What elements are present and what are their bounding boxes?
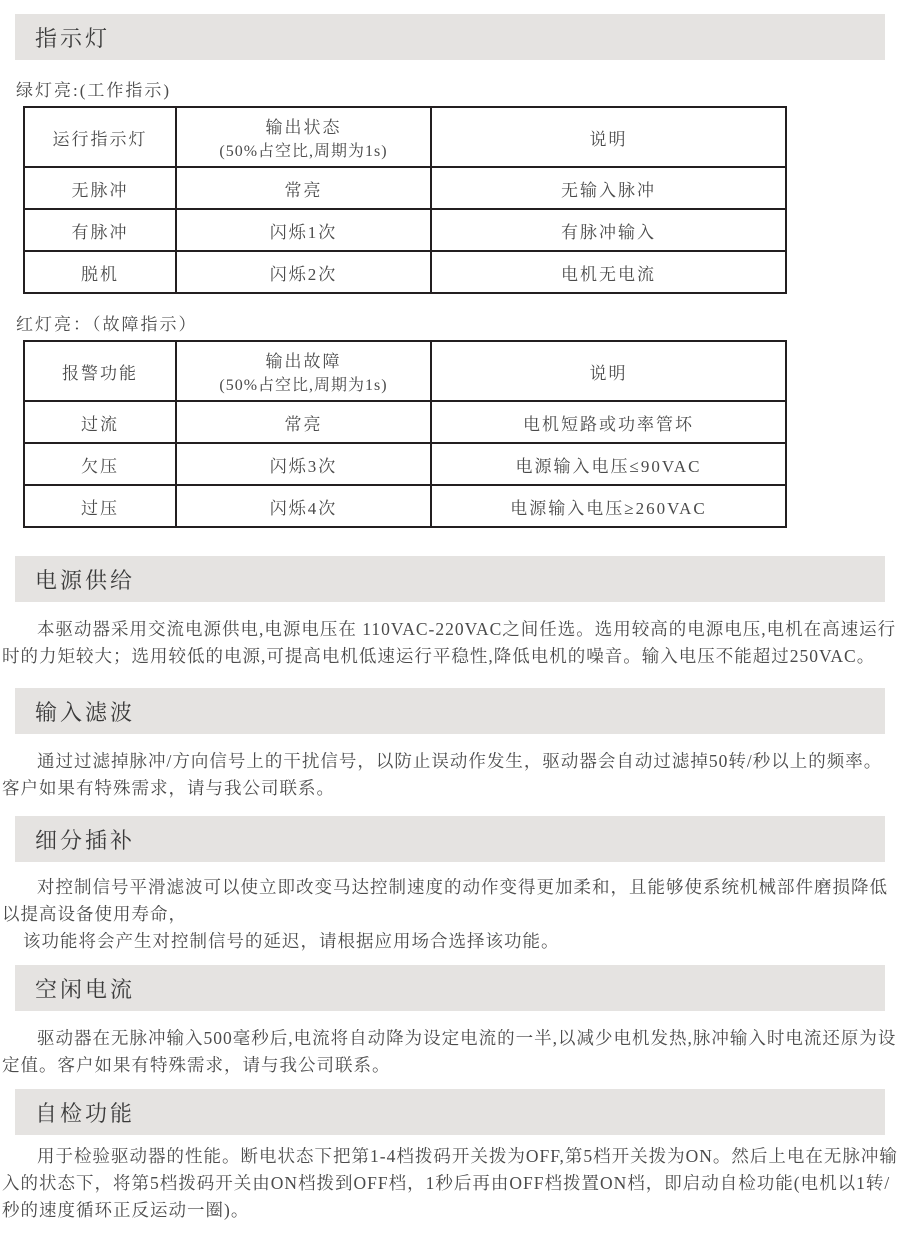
header-line1: 输出状态 [266,118,342,137]
table-row: 无脉冲 常亮 无输入脉冲 [24,167,786,209]
interpolation-paragraph-2: 该功能将会产生对控制信号的延迟，请根据应用场合选择该功能。 [2,928,898,955]
section-header-self-test: 自检功能 [15,1089,885,1135]
idle-current-paragraph: 驱动器在无脉冲输入500毫秒后,电流将自动降为设定电流的一半,以减少电机发热,脉… [2,1025,898,1079]
green-light-table: 运行指示灯 输出状态 (50%占空比,周期为1s) 说明 无脉冲 常亮 无输入脉… [23,106,787,294]
table-row: 有脉冲 闪烁1次 有脉冲输入 [24,209,786,251]
self-test-paragraph: 用于检验驱动器的性能。断电状态下把第1-4档拨码开关拨为OFF,第5档开关拨为O… [2,1143,898,1224]
table-header-cell: 输出状态 (50%占空比,周期为1s) [176,107,431,167]
table-row: 过压 闪烁4次 电源输入电压≥260VAC [24,485,786,527]
table-row: 脱机 闪烁2次 电机无电流 [24,251,786,293]
table-cell: 常亮 [176,401,431,443]
section-header-input-filter: 输入滤波 [15,688,885,734]
table-cell: 过流 [24,401,176,443]
section-title: 空闲电流 [35,973,135,1004]
table-header-row: 运行指示灯 输出状态 (50%占空比,周期为1s) 说明 [24,107,786,167]
input-filter-paragraph: 通过过滤掉脉冲/方向信号上的干扰信号，以防止误动作发生，驱动器会自动过滤掉50转… [2,748,898,802]
table-cell: 有脉冲 [24,209,176,251]
spacer [0,1079,900,1089]
section-title: 电源供给 [35,564,135,595]
section-title: 指示灯 [35,22,110,53]
table-header-row: 报警功能 输出故障 (50%占空比,周期为1s) 说明 [24,341,786,401]
spacer [0,670,900,688]
header-line2: (50%占空比,周期为1s) [177,138,430,161]
section-header-power-supply: 电源供给 [15,556,885,602]
table-cell: 过压 [24,485,176,527]
table-cell: 电源输入电压≥260VAC [431,485,786,527]
red-light-table: 报警功能 输出故障 (50%占空比,周期为1s) 说明 过流 常亮 电机短路或功… [23,340,787,528]
table-cell: 电机短路或功率管坏 [431,401,786,443]
header-line2: (50%占空比,周期为1s) [177,372,430,395]
table-header-cell: 报警功能 [24,341,176,401]
spacer [0,802,900,816]
power-supply-paragraph: 本驱动器采用交流电源供电,电源电压在 110VAC-220VAC之间任选。选用较… [2,616,898,670]
table-cell: 闪烁3次 [176,443,431,485]
table-row: 欠压 闪烁3次 电源输入电压≤90VAC [24,443,786,485]
table-cell: 脱机 [24,251,176,293]
table-cell: 闪烁1次 [176,209,431,251]
section-header-idle-current: 空闲电流 [15,965,885,1011]
interpolation-paragraph-1: 对控制信号平滑滤波可以使立即改变马达控制速度的动作变得更加柔和，且能够使系统机械… [2,874,898,928]
manual-page: 指示灯 绿灯亮:(工作指示) 运行指示灯 输出状态 (50%占空比,周期为1s)… [0,0,900,1242]
table-cell: 欠压 [24,443,176,485]
table-header-cell: 运行指示灯 [24,107,176,167]
table-header-cell: 输出故障 (50%占空比,周期为1s) [176,341,431,401]
section-title: 细分插补 [35,824,135,855]
table-cell: 闪烁2次 [176,251,431,293]
section-title: 自检功能 [35,1097,135,1128]
table-cell: 常亮 [176,167,431,209]
table-cell: 闪烁4次 [176,485,431,527]
section-header-interpolation: 细分插补 [15,816,885,862]
table-cell: 电源输入电压≤90VAC [431,443,786,485]
spacer [0,528,900,556]
table-row: 过流 常亮 电机短路或功率管坏 [24,401,786,443]
table-cell: 电机无电流 [431,251,786,293]
red-light-label: 红灯亮：（故障指示） [16,310,900,332]
table-cell: 无脉冲 [24,167,176,209]
header-line1: 输出故障 [266,352,342,371]
section-title: 输入滤波 [35,696,135,727]
table-cell: 无输入脉冲 [431,167,786,209]
table-header-cell: 说明 [431,341,786,401]
table-cell: 有脉冲输入 [431,209,786,251]
section-header-indicator-light: 指示灯 [15,14,885,60]
table-header-cell: 说明 [431,107,786,167]
green-light-label: 绿灯亮:(工作指示) [16,76,900,98]
